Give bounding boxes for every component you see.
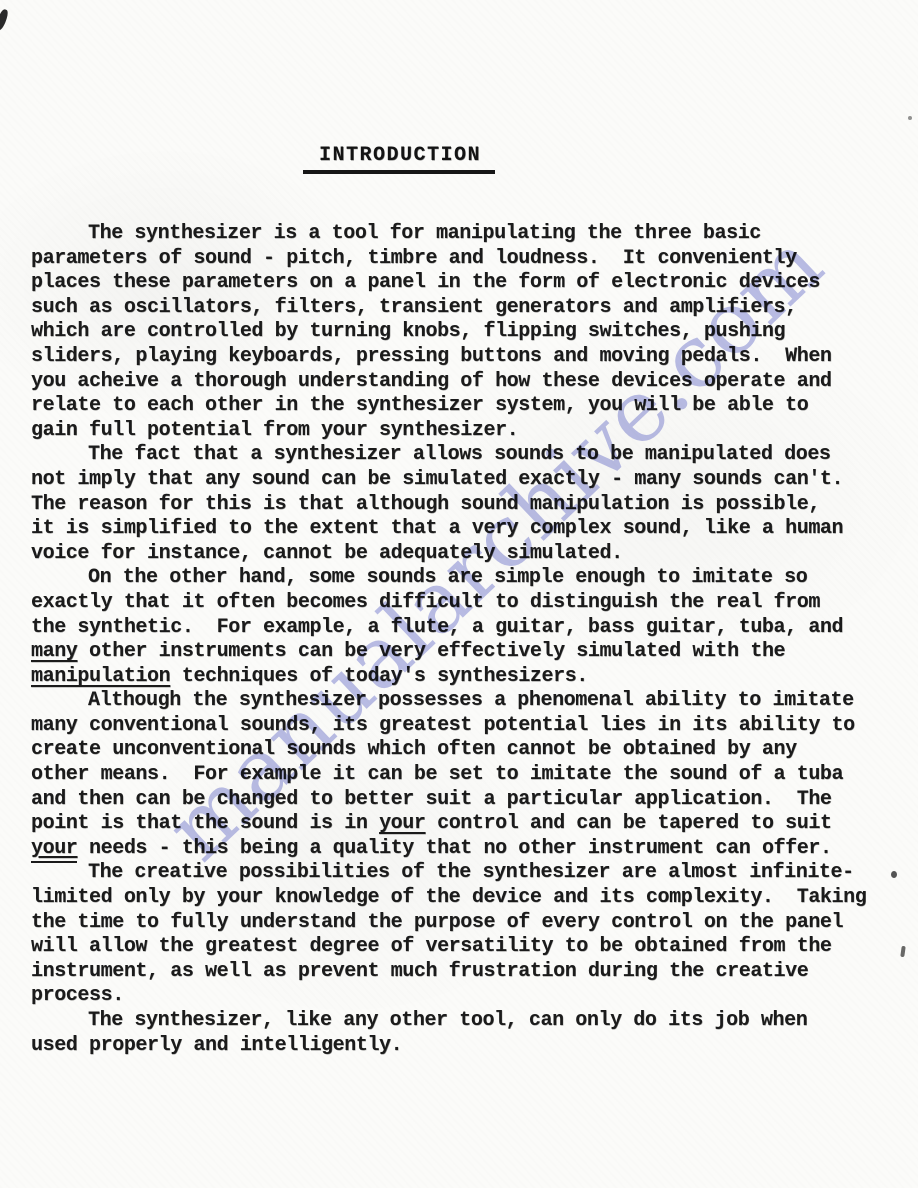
text-segment: control and can be tapered to suit xyxy=(425,812,831,835)
text-line: create unconventional sounds which often… xyxy=(31,738,904,763)
text-segment: create unconventional sounds which often… xyxy=(31,738,797,761)
text-line: the time to fully understand the purpose… xyxy=(31,911,904,936)
scan-artifact xyxy=(900,946,905,957)
text-line: sliders, playing keyboards, pressing but… xyxy=(31,345,904,370)
text-segment: parameters of sound - pitch, timbre and … xyxy=(31,247,797,270)
text-line: used properly and intelligently. xyxy=(31,1034,904,1059)
text-segment: The creative possibilities of the synthe… xyxy=(88,861,854,884)
text-segment: which are controlled by turning knobs, f… xyxy=(31,320,785,343)
text-segment: instrument, as well as prevent much frus… xyxy=(31,960,808,983)
text-segment: The synthesizer is a tool for manipulati… xyxy=(88,222,761,245)
underlined-text-segment: your xyxy=(379,812,425,835)
text-line: exactly that it often becomes difficult … xyxy=(31,591,904,616)
underlined-text-segment: your xyxy=(31,837,77,863)
text-line: will allow the greatest degree of versat… xyxy=(31,935,904,960)
text-line: The synthesizer, like any other tool, ca… xyxy=(31,1009,904,1034)
text-segment: relate to each other in the synthesizer … xyxy=(31,394,808,417)
text-line: On the other hand, some sounds are simpl… xyxy=(31,566,904,591)
page-title: INTRODUCTION xyxy=(303,144,495,174)
text-segment: and then can be changed to better suit a… xyxy=(31,788,832,811)
text-line: the synthetic. For example, a flute, a g… xyxy=(31,616,904,641)
text-line: such as oscillators, filters, transient … xyxy=(31,296,904,321)
underlined-text-segment: manipulation xyxy=(31,665,170,688)
text-segment: The synthesizer, like any other tool, ca… xyxy=(88,1009,807,1032)
title-row: INTRODUCTION xyxy=(303,144,495,174)
text-segment: places these parameters on a panel in th… xyxy=(31,271,820,294)
text-segment: Although the synthesizer possesses a phe… xyxy=(88,689,854,712)
text-segment: other means. For example it can be set t… xyxy=(31,763,843,786)
text-line: instrument, as well as prevent much frus… xyxy=(31,960,904,985)
text-line: limited only by your knowledge of the de… xyxy=(31,886,904,911)
text-line: relate to each other in the synthesizer … xyxy=(31,394,904,419)
text-line: you acheive a thorough understanding of … xyxy=(31,370,904,395)
text-line: The fact that a synthesizer allows sound… xyxy=(31,443,904,468)
text-segment: voice for instance, cannot be adequately… xyxy=(31,542,623,565)
text-segment: The reason for this is that although sou… xyxy=(31,493,820,516)
scan-artifact xyxy=(908,116,912,120)
text-segment: you acheive a thorough understanding of … xyxy=(31,370,832,393)
underlined-text-segment: many xyxy=(31,640,77,663)
text-line: The synthesizer is a tool for manipulati… xyxy=(31,222,904,247)
text-line: and then can be changed to better suit a… xyxy=(31,788,904,813)
text-segment: exactly that it often becomes difficult … xyxy=(31,591,820,614)
text-segment: not imply that any sound can be simulate… xyxy=(31,468,843,491)
text-segment: needs - this being a quality that no oth… xyxy=(77,837,831,860)
text-line: which are controlled by turning knobs, f… xyxy=(31,320,904,345)
scanned-manual-page: INTRODUCTION The synthesizer is a tool f… xyxy=(0,0,918,1188)
text-line: process. xyxy=(31,984,904,1009)
text-segment: many conventional sounds, its greatest p… xyxy=(31,714,855,737)
text-segment: the synthetic. For example, a flute, a g… xyxy=(31,616,843,639)
text-line: parameters of sound - pitch, timbre and … xyxy=(31,247,904,272)
text-line: The creative possibilities of the synthe… xyxy=(31,861,904,886)
text-segment: limited only by your knowledge of the de… xyxy=(31,886,866,909)
text-segment: On the other hand, some sounds are simpl… xyxy=(88,566,807,589)
text-line: your needs - this being a quality that n… xyxy=(31,837,904,862)
text-line: it is simplified to the extent that a ve… xyxy=(31,517,904,542)
text-line: many other instruments can be very effec… xyxy=(31,640,904,665)
text-line: manipulation techniques of today's synth… xyxy=(31,665,904,690)
text-line: Although the synthesizer possesses a phe… xyxy=(31,689,904,714)
text-segment: gain full potential from your synthesize… xyxy=(31,419,518,442)
text-segment: The fact that a synthesizer allows sound… xyxy=(88,443,831,466)
text-segment: it is simplified to the extent that a ve… xyxy=(31,517,843,540)
text-segment: such as oscillators, filters, transient … xyxy=(31,296,797,319)
text-segment: other instruments can be very effectivel… xyxy=(77,640,785,663)
text-segment: sliders, playing keyboards, pressing but… xyxy=(31,345,832,368)
scan-artifact xyxy=(0,8,9,31)
text-line: gain full potential from your synthesize… xyxy=(31,419,904,444)
text-segment: techniques of today's synthesizers. xyxy=(170,665,588,688)
text-segment: point is that the sound is in xyxy=(31,812,379,835)
text-segment: process. xyxy=(31,984,124,1007)
text-line: The reason for this is that although sou… xyxy=(31,493,904,518)
text-line: many conventional sounds, its greatest p… xyxy=(31,714,904,739)
document-body: The synthesizer is a tool for manipulati… xyxy=(31,222,904,1058)
text-line: voice for instance, cannot be adequately… xyxy=(31,542,904,567)
scan-artifact xyxy=(891,871,897,878)
text-segment: used properly and intelligently. xyxy=(31,1034,402,1057)
text-line: places these parameters on a panel in th… xyxy=(31,271,904,296)
text-line: not imply that any sound can be simulate… xyxy=(31,468,904,493)
text-segment: will allow the greatest degree of versat… xyxy=(31,935,832,958)
text-segment: the time to fully understand the purpose… xyxy=(31,911,843,934)
text-line: point is that the sound is in your contr… xyxy=(31,812,904,837)
text-line: other means. For example it can be set t… xyxy=(31,763,904,788)
